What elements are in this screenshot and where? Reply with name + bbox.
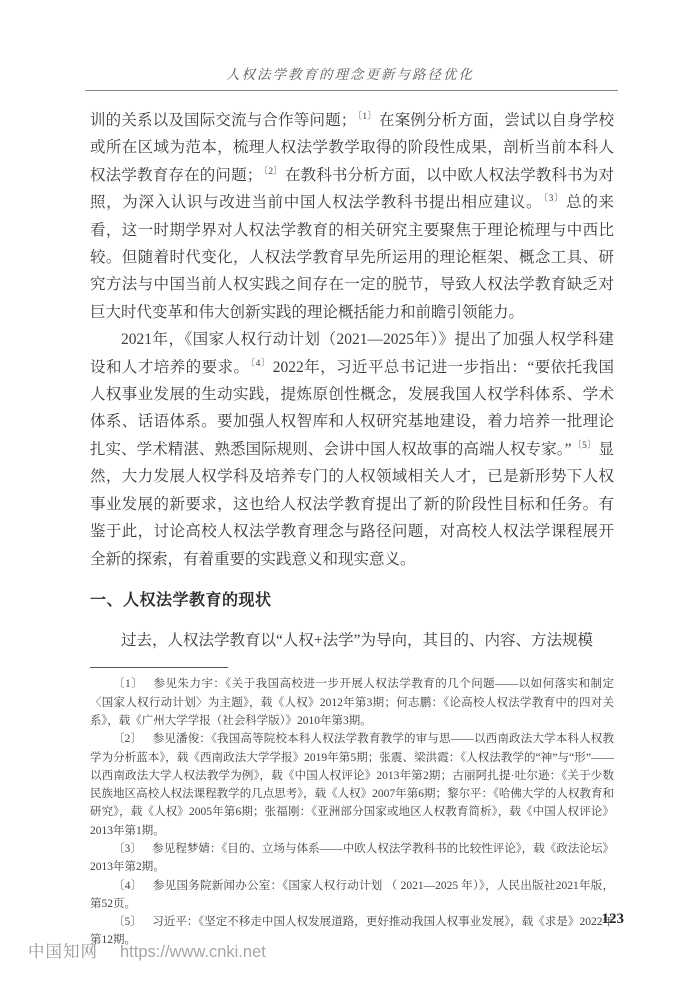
- footnote-text: 参见程梦婧：《目的、立场与体系——中欧人权法学教科书的比较性评论》，载《政法论坛…: [90, 843, 614, 873]
- footnote-marker: 〔1〕: [113, 678, 143, 690]
- footnote-item: 〔3〕参见程梦婧：《目的、立场与体系——中欧人权法学教科书的比较性评论》，载《政…: [90, 840, 614, 877]
- footnote-marker: 〔4〕: [113, 880, 143, 892]
- body-paragraph: 过去，人权法学教育以“人权+法学”为导向，其目的、内容、方法规模: [90, 627, 614, 654]
- article-body: 训的关系以及国际交流与合作等问题；〔1〕在案例分析方面，尝试以自身学校或所在区域…: [90, 107, 614, 950]
- footnotes-list: 〔1〕参见朱力宇：《关于我国高校进一步开展人权法学教育的几个问题——以如何落实和…: [90, 675, 614, 949]
- text-run: 显然，大力发展人权学科及培养专门的人权领域相关人才，已是新形势下人权事业发展的新…: [90, 441, 614, 568]
- body-paragraph: 2021年，《国家人权行动计划（2021—2025年）》提出了加强人权学科建设和…: [90, 326, 614, 573]
- text-run: 过去，人权法学教育以“人权+法学”为导向，其目的、内容、方法规模: [121, 632, 593, 649]
- journal-page: 人权法学教育的理念更新与路径优化 训的关系以及国际交流与合作等问题；〔1〕在案例…: [0, 0, 700, 983]
- footnote-text: 参见国务院新闻办公室：《国家人权行动计划 （ 2021—2025 年）》，人民出…: [90, 880, 614, 910]
- footnote-item: 〔4〕参见国务院新闻办公室：《国家人权行动计划 （ 2021—2025 年）》，…: [90, 877, 614, 914]
- footnote-text: 参见潘俊：《我国高等院校本科人权法学教育教学的审与思——以西南政法大学本科人权教…: [90, 733, 614, 836]
- section-paragraphs: 过去，人权法学教育以“人权+法学”为导向，其目的、内容、方法规模: [90, 627, 614, 654]
- footnote-marker: 〔5〕: [113, 916, 142, 928]
- footnote-ref: 〔5〕: [572, 441, 596, 451]
- footnote-marker: 〔2〕: [113, 733, 142, 745]
- footnote-ref: 〔2〕: [263, 167, 283, 177]
- page-number: 123: [602, 911, 625, 928]
- footnote-text: 参见朱力宇：《关于我国高校进一步开展人权法学教育的几个问题——以如何落实和制定〈…: [90, 678, 614, 727]
- running-head-title: 人权法学教育的理念更新与路径优化: [0, 63, 700, 83]
- body-paragraphs: 训的关系以及国际交流与合作等问题；〔1〕在案例分析方面，尝试以自身学校或所在区域…: [90, 107, 614, 573]
- footnote-item: 〔1〕参见朱力宇：《关于我国高校进一步开展人权法学教育的几个问题——以如何落实和…: [90, 675, 614, 730]
- footnote-ref: 〔3〕: [543, 194, 564, 204]
- header-rule: [85, 90, 618, 91]
- footnote-item: 〔2〕参见潘俊：《我国高等院校本科人权法学教育教学的审与思——以西南政法大学本科…: [90, 730, 614, 840]
- section-heading: 一、人权法学教育的现状: [90, 587, 614, 610]
- footnote-marker: 〔3〕: [113, 843, 142, 855]
- text-run: 总的来看，这一时期学界对人权法学教育的相关研究主要聚焦于理论梳理与中西比较。但随…: [90, 194, 614, 321]
- footnote-separator-rule: [90, 667, 228, 668]
- cnki-watermark: 中国知网https://www.cnki.net: [28, 938, 266, 962]
- footnote-ref: 〔4〕: [250, 359, 270, 369]
- text-run: 训的关系以及国际交流与合作等问题；: [90, 112, 356, 129]
- footnote-ref: 〔1〕: [357, 112, 377, 122]
- body-paragraph: 训的关系以及国际交流与合作等问题；〔1〕在案例分析方面，尝试以自身学校或所在区域…: [90, 107, 614, 326]
- cnki-url: https://www.cnki.net: [120, 943, 266, 961]
- cnki-brand-text: 中国知网: [28, 943, 98, 961]
